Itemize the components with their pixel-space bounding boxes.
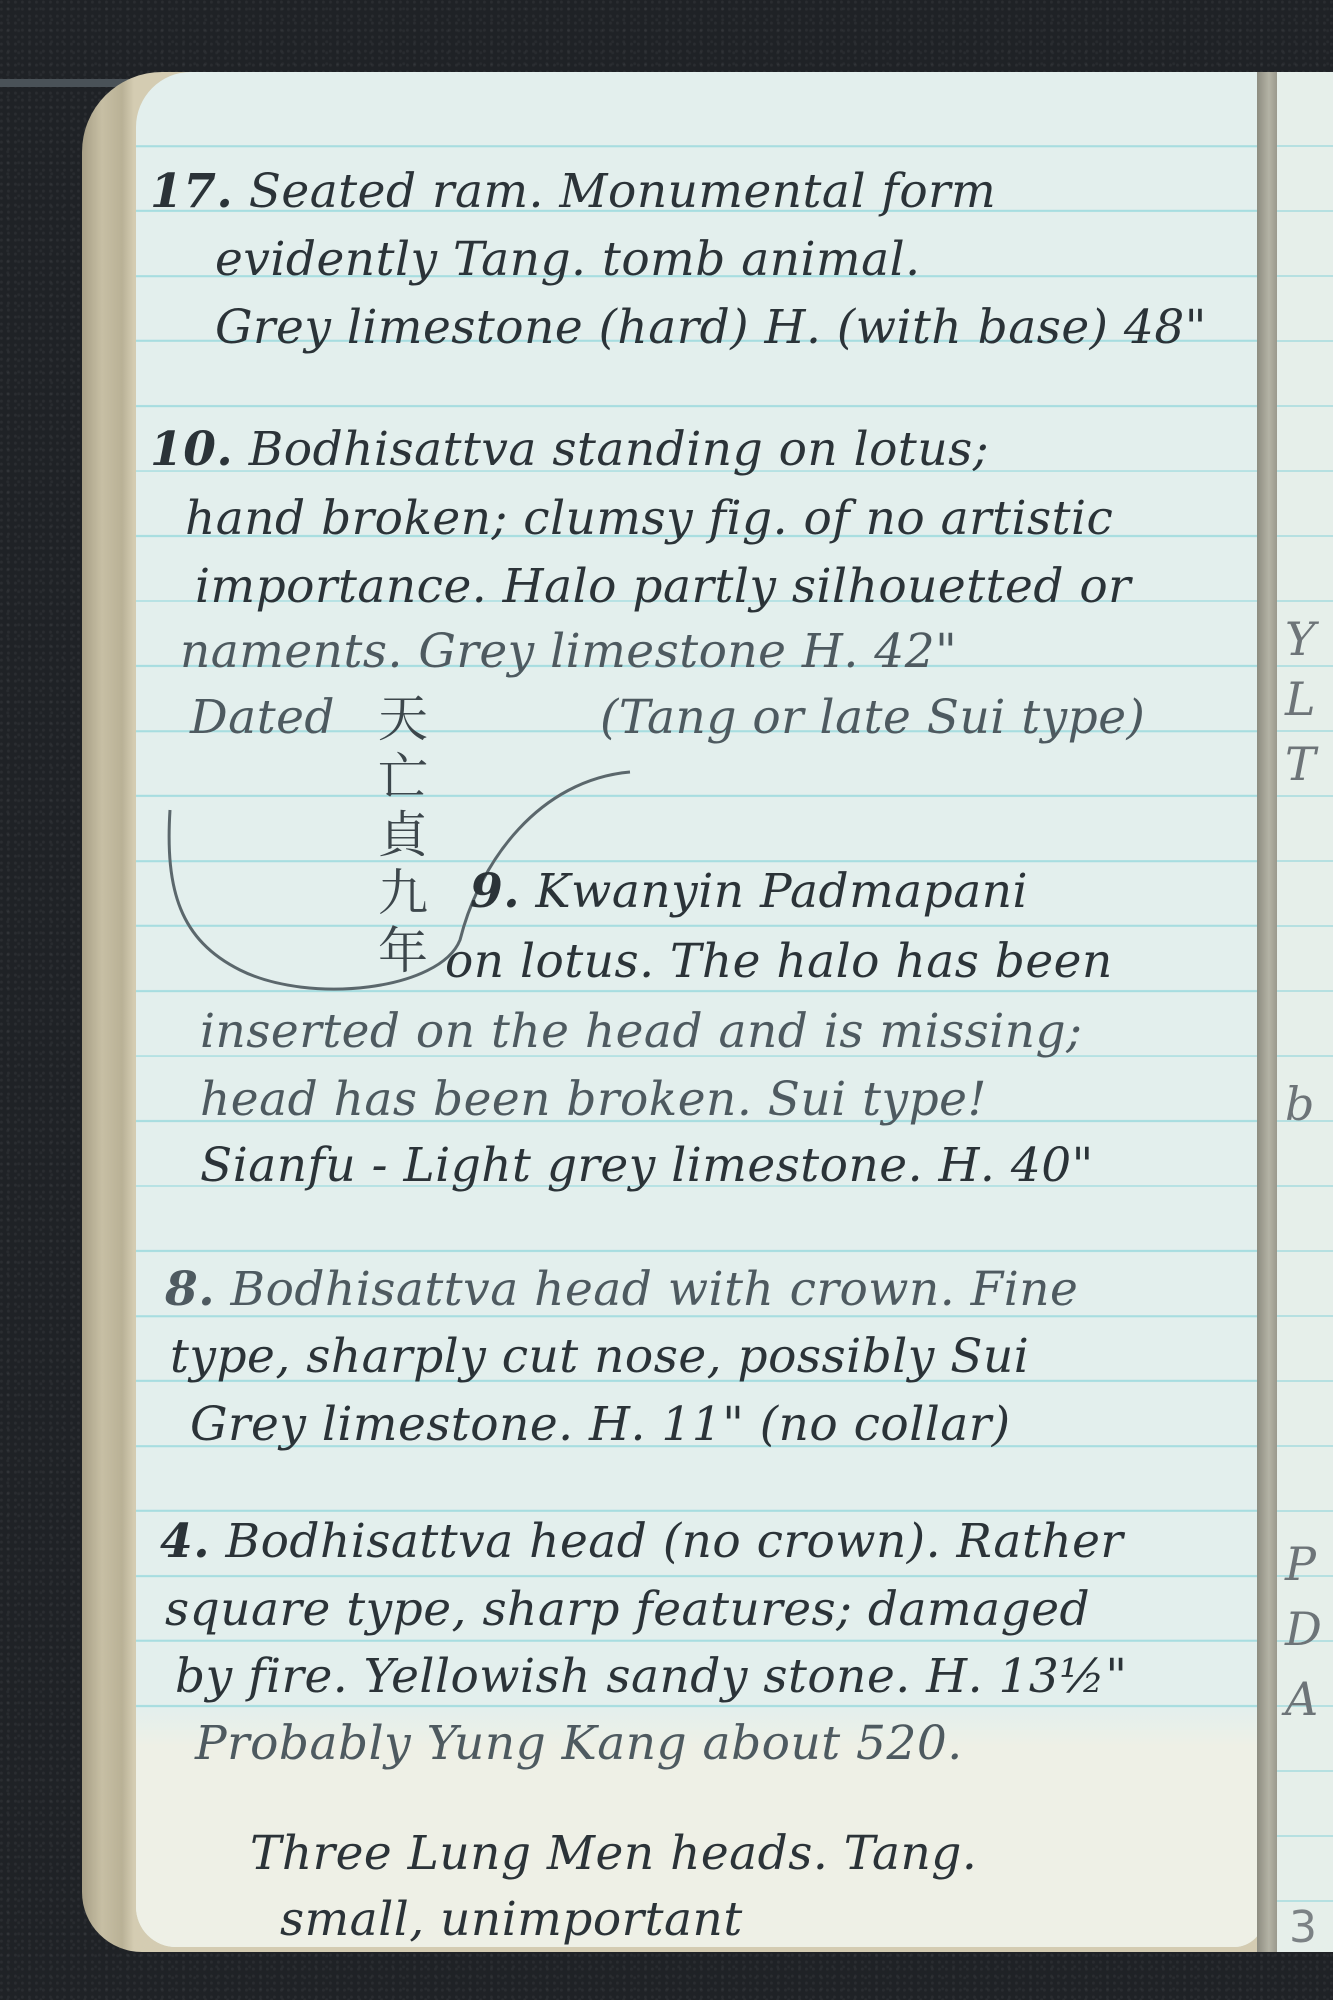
entry-text: Kwanyin Padmapani	[536, 864, 1029, 919]
adjacent-text-fragment: D	[1285, 1602, 1322, 1656]
entry-8-number: 8.	[165, 1262, 215, 1317]
entry-text: Bodhisattva standing on lotus;	[249, 422, 989, 477]
cjk-char: 年	[368, 922, 438, 980]
entry-10-line-2: hand broken; clumsy fig. of no artistic	[185, 487, 1113, 551]
cjk-char: 九	[368, 864, 438, 922]
entry-9-line-3: inserted on the head and is missing;	[200, 1000, 1082, 1064]
entry-4-line-3: by fire. Yellowish sandy stone. H. 13½"	[175, 1645, 1127, 1709]
entry-17-number: 17.	[150, 164, 233, 219]
cjk-char: 貞	[368, 806, 438, 864]
entry-text: Bodhisattva head (no crown). Rather	[226, 1514, 1124, 1569]
page-number: 3	[1289, 1902, 1317, 1952]
entry-17-line-1: 17. Seated ram. Monumental form	[150, 160, 996, 224]
entry-9-line-5: Sianfu - Light grey limestone. H. 40"	[200, 1134, 1094, 1198]
final-note-line-1: Three Lung Men heads. Tang.	[250, 1822, 977, 1886]
entry-text: Bodhisattva head with crown. Fine	[231, 1262, 1079, 1317]
adjacent-text-fragment: Y	[1285, 612, 1315, 666]
entry-9-line-2: on lotus. The halo has been	[445, 930, 1113, 994]
entry-4-line-2: square type, sharp features; damaged	[165, 1578, 1090, 1642]
adjacent-text-fragment: A	[1285, 1672, 1318, 1726]
chinese-date-inscription: 天 亡 貞 九 年	[368, 690, 438, 980]
notebook-gutter	[1257, 72, 1277, 1952]
final-note-line-2: small, unimportant	[280, 1888, 743, 1952]
entry-8-line-1: 8. Bodhisattva head with crown. Fine	[165, 1258, 1078, 1322]
adjacent-text-fragment: P	[1285, 1537, 1316, 1591]
entry-10-line-3: importance. Halo partly silhouetted or	[195, 555, 1131, 619]
entry-17-line-2: evidently Tang. tomb animal.	[215, 228, 921, 292]
entry-10-number: 10.	[150, 422, 233, 477]
entry-10-line-1: 10. Bodhisattva standing on lotus;	[150, 418, 989, 482]
entry-4-line-1: 4. Bodhisattva head (no crown). Rather	[160, 1510, 1123, 1574]
entry-9-number: 9.	[470, 864, 520, 919]
entry-9-line-4: head has been broken. Sui type!	[200, 1068, 987, 1132]
entry-10-line-4: naments. Grey limestone H. 42"	[180, 620, 957, 684]
entry-10-line-6: (Tang or late Sui type)	[600, 686, 1145, 750]
adjacent-text-fragment: L	[1285, 672, 1316, 726]
adjacent-text-fragment: T	[1285, 737, 1316, 791]
entry-4-line-4: Probably Yung Kang about 520.	[195, 1712, 963, 1776]
cjk-char: 亡	[368, 748, 438, 806]
entry-17-line-3: Grey limestone (hard) H. (with base) 48"	[215, 296, 1207, 360]
entry-10-line-5: Dated	[190, 686, 335, 750]
entry-9-line-1: 9. Kwanyin Padmapani	[470, 860, 1028, 924]
adjacent-text-fragment: b	[1285, 1077, 1314, 1131]
entry-8-line-3: Grey limestone. H. 11" (no collar)	[190, 1393, 1011, 1457]
cjk-char: 天	[368, 690, 438, 748]
entry-4-number: 4.	[160, 1514, 210, 1569]
entry-8-line-2: type, sharply cut nose, possibly Sui	[170, 1325, 1029, 1389]
adjacent-page: Y L T b P D A 3	[1277, 72, 1333, 1952]
entry-text: Seated ram. Monumental form	[249, 164, 996, 219]
